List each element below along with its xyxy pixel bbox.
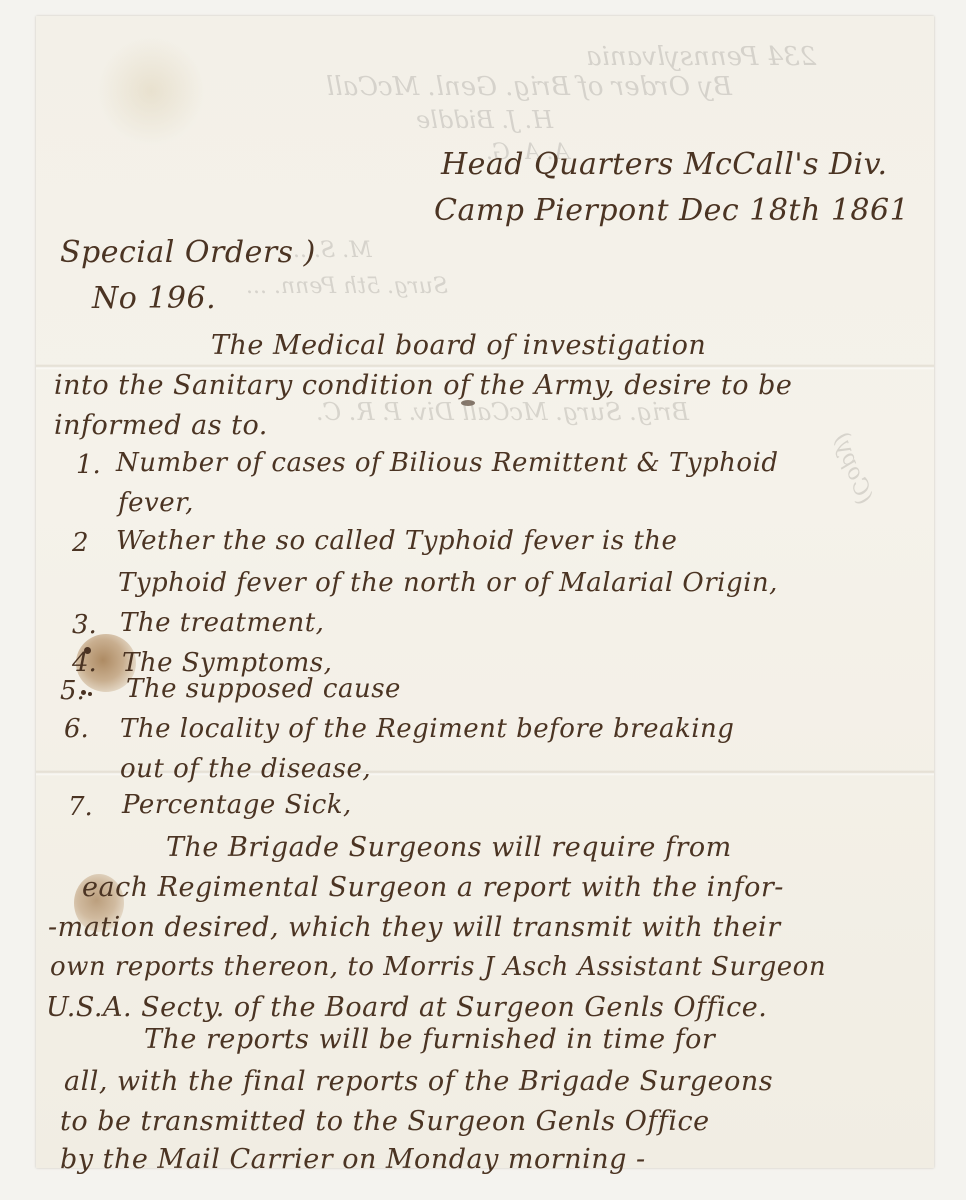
- bleed-through-text: Surg. 5th Penn. ...: [246, 274, 448, 299]
- paragraph-line: The reports will be furnished in time fo…: [144, 1026, 715, 1053]
- item-text: The locality of the Regiment before brea…: [120, 716, 734, 742]
- item-number: 2: [72, 530, 89, 556]
- item-number: 7.: [68, 794, 93, 820]
- item-text: The treatment,: [120, 610, 324, 636]
- bleed-through-text: 234 Pennsylvania: [586, 42, 816, 72]
- stain-dot: [88, 692, 92, 696]
- paragraph-line: own reports thereon, to Morris J Asch As…: [50, 954, 826, 980]
- paragraph-line: The Brigade Surgeons will require from: [166, 834, 732, 861]
- item-text: Number of cases of Bilious Remittent & T…: [116, 450, 779, 476]
- header-headquarters: Head Quarters McCall's Div.: [441, 150, 888, 180]
- paragraph-line: -mation desired, which they will transmi…: [48, 914, 781, 941]
- item-number: 5.: [60, 678, 85, 704]
- item-text: Wether the so called Typhoid fever is th…: [116, 528, 677, 554]
- item-text: The Symptoms,: [122, 650, 332, 676]
- item-text: out of the disease,: [120, 756, 371, 782]
- embossed-seal: [96, 36, 206, 146]
- order-number: No 196.: [92, 284, 216, 314]
- paragraph-line: each Regimental Surgeon a report with th…: [82, 874, 784, 901]
- item-number: 3.: [72, 612, 97, 638]
- paragraph-line: all, with the final reports of the Briga…: [64, 1068, 773, 1095]
- document-page: 234 Pennsylvania By Order of Brig. Genl.…: [36, 16, 934, 1168]
- item-text: The supposed cause: [126, 676, 401, 702]
- intro-line: into the Sanitary condition of the Army,…: [54, 372, 792, 399]
- paragraph-line: to be transmitted to the Surgeon Genls O…: [60, 1108, 710, 1135]
- paragraph-line: by the Mail Carrier on Monday morning -: [60, 1146, 646, 1173]
- bleed-through-text: H. J. Biddle: [416, 106, 553, 134]
- intro-line: The Medical board of investigation: [211, 332, 706, 359]
- item-text: fever,: [118, 490, 194, 516]
- item-text: Percentage Sick,: [122, 792, 352, 818]
- order-title: Special Orders ): [60, 238, 316, 268]
- header-camp-date: Camp Pierpont Dec 18th 1861: [434, 196, 909, 226]
- bleed-through-text: By Order of Brig. Genl. McCall: [326, 72, 732, 102]
- item-number: 1.: [76, 452, 101, 478]
- intro-line: informed as to.: [54, 412, 268, 439]
- bleed-through-text: (Copy): [829, 430, 878, 508]
- paragraph-line: U.S.A. Secty. of the Board at Surgeon Ge…: [46, 994, 767, 1021]
- item-number: 6.: [64, 716, 89, 742]
- bleed-through-text: Brig. Surg. McCall Div. P. R. C.: [316, 398, 689, 426]
- item-number: 4.: [72, 650, 97, 676]
- item-text: Typhoid fever of the north or of Malaria…: [118, 570, 778, 596]
